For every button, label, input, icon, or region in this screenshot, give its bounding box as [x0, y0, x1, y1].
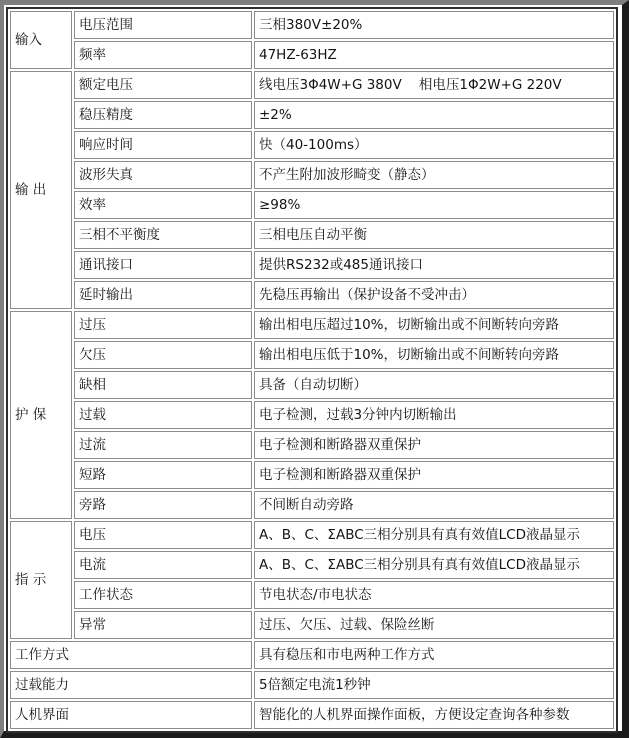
param-cell: 异常	[74, 611, 252, 639]
value-cell: A、B、C、ΣABC三相分别具有真有效值LCD液晶显示	[254, 521, 614, 549]
table-row: 工作方式具有稳压和市电两种工作方式	[10, 641, 614, 669]
table-row: 指 示电压A、B、C、ΣABC三相分别具有真有效值LCD液晶显示	[10, 521, 614, 549]
value-cell: 输出相电压超过10%，切断输出或不间断转向旁路	[254, 311, 614, 339]
value-cell: 过压、欠压、过载、保险丝断	[254, 611, 614, 639]
param-cell: 延时输出	[74, 281, 252, 309]
table-row: 效率≥98%	[10, 191, 614, 219]
table-row: 过载能力5倍额定电流1秒钟	[10, 671, 614, 699]
value-cell: 不间断自动旁路	[254, 491, 614, 519]
param-cell: 三相不平衡度	[74, 221, 252, 249]
value-cell: 电子检测和断路器双重保护	[254, 461, 614, 489]
param-cell: 额定电压	[74, 71, 252, 99]
value-cell: 智能化的人机界面操作面板，方便设定查询各种参数	[254, 701, 614, 729]
section-label: 护 保	[10, 311, 72, 519]
table-row: 输入电压范围三相380V±20%	[10, 11, 614, 39]
value-cell: 5倍额定电流1秒钟	[254, 671, 614, 699]
value-cell: 提供RS232或485通讯接口	[254, 251, 614, 279]
value-cell: 具有稳压和市电两种工作方式	[254, 641, 614, 669]
value-cell: 输出相电压低于10%，切断输出或不间断转向旁路	[254, 341, 614, 369]
spec-table-body: 输入电压范围三相380V±20%频率47HZ-63HZ输 出额定电压线电压3Φ4…	[10, 11, 614, 729]
value-cell: 快（40-100ms）	[254, 131, 614, 159]
value-cell: 三相380V±20%	[254, 11, 614, 39]
section-label: 输入	[10, 11, 72, 69]
table-row: 延时输出先稳压再输出（保护设备不受冲击）	[10, 281, 614, 309]
spec-table: 输入电压范围三相380V±20%频率47HZ-63HZ输 出额定电压线电压3Φ4…	[6, 7, 618, 733]
param-cell: 通讯接口	[74, 251, 252, 279]
value-cell: 节电状态/市电状态	[254, 581, 614, 609]
value-cell: 三相电压自动平衡	[254, 221, 614, 249]
value-cell: 电子检测，过载3分钟内切断输出	[254, 401, 614, 429]
value-cell: 线电压3Φ4W+G 380V 相电压1Φ2W+G 220V	[254, 71, 614, 99]
param-cell: 过载	[74, 401, 252, 429]
value-cell: A、B、C、ΣABC三相分别具有真有效值LCD液晶显示	[254, 551, 614, 579]
table-row: 稳压精度±2%	[10, 101, 614, 129]
param-cell: 效率	[74, 191, 252, 219]
param-cell: 电流	[74, 551, 252, 579]
param-cell: 电压范围	[74, 11, 252, 39]
table-row: 短路电子检测和断路器双重保护	[10, 461, 614, 489]
table-row: 异常过压、欠压、过载、保险丝断	[10, 611, 614, 639]
table-row: 过载电子检测，过载3分钟内切断输出	[10, 401, 614, 429]
value-cell: 47HZ-63HZ	[254, 41, 614, 69]
param-cell: 过流	[74, 431, 252, 459]
param-cell: 工作方式	[10, 641, 252, 669]
table-row: 电流A、B、C、ΣABC三相分别具有真有效值LCD液晶显示	[10, 551, 614, 579]
table-row: 通讯接口提供RS232或485通讯接口	[10, 251, 614, 279]
param-cell: 稳压精度	[74, 101, 252, 129]
value-cell: 不产生附加波形畸变（静态）	[254, 161, 614, 189]
value-cell: 电子检测和断路器双重保护	[254, 431, 614, 459]
table-row: 过流电子检测和断路器双重保护	[10, 431, 614, 459]
table-row: 护 保过压输出相电压超过10%，切断输出或不间断转向旁路	[10, 311, 614, 339]
param-cell: 波形失真	[74, 161, 252, 189]
param-cell: 过载能力	[10, 671, 252, 699]
table-row: 缺相具备（自动切断）	[10, 371, 614, 399]
table-row: 欠压输出相电压低于10%，切断输出或不间断转向旁路	[10, 341, 614, 369]
table-row: 工作状态节电状态/市电状态	[10, 581, 614, 609]
section-label: 输 出	[10, 71, 72, 309]
param-cell: 工作状态	[74, 581, 252, 609]
value-cell: ≥98%	[254, 191, 614, 219]
table-row: 旁路不间断自动旁路	[10, 491, 614, 519]
value-cell: ±2%	[254, 101, 614, 129]
param-cell: 人机界面	[10, 701, 252, 729]
param-cell: 缺相	[74, 371, 252, 399]
spec-table-frame: 输入电压范围三相380V±20%频率47HZ-63HZ输 出额定电压线电压3Φ4…	[0, 0, 629, 738]
table-row: 波形失真不产生附加波形畸变（静态）	[10, 161, 614, 189]
table-row: 三相不平衡度三相电压自动平衡	[10, 221, 614, 249]
param-cell: 电压	[74, 521, 252, 549]
param-cell: 频率	[74, 41, 252, 69]
table-row: 输 出额定电压线电压3Φ4W+G 380V 相电压1Φ2W+G 220V	[10, 71, 614, 99]
param-cell: 响应时间	[74, 131, 252, 159]
section-label: 指 示	[10, 521, 72, 639]
value-cell: 先稳压再输出（保护设备不受冲击）	[254, 281, 614, 309]
table-row: 频率47HZ-63HZ	[10, 41, 614, 69]
param-cell: 旁路	[74, 491, 252, 519]
value-cell: 具备（自动切断）	[254, 371, 614, 399]
table-row: 响应时间快（40-100ms）	[10, 131, 614, 159]
param-cell: 短路	[74, 461, 252, 489]
table-row: 人机界面智能化的人机界面操作面板，方便设定查询各种参数	[10, 701, 614, 729]
param-cell: 欠压	[74, 341, 252, 369]
param-cell: 过压	[74, 311, 252, 339]
